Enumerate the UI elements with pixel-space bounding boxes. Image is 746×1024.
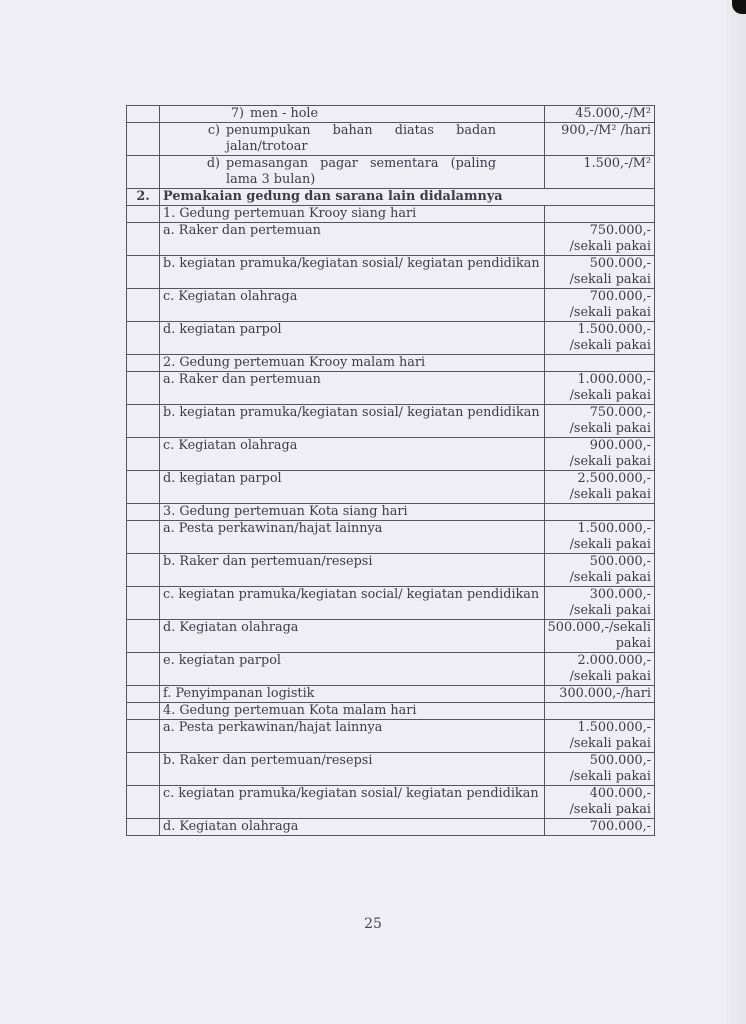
item-description: d. Kegiatan olahraga [160, 819, 545, 836]
price-unit: /sekali pakai [548, 736, 651, 752]
section-row: 2.Pemakaian gedung dan sarana lain didal… [127, 189, 655, 206]
table-row: d. kegiatan parpol1.500.000,-/sekali pak… [127, 322, 655, 355]
row-number-cell [127, 372, 160, 405]
row-number-cell [127, 504, 160, 521]
item-price: 750.000,-/sekali pakai [544, 405, 654, 438]
item-description: c. kegiatan pramuka/kegiatan social/ keg… [160, 587, 545, 620]
table-row: c)penumpukan bahan diatas badan jalan/tr… [127, 123, 655, 156]
table-row: a. Raker dan pertemuan750.000,-/sekali p… [127, 223, 655, 256]
price-unit: /sekali pakai [548, 338, 651, 354]
item-price: 700.000,-/sekali pakai [544, 289, 654, 322]
row-number-cell [127, 720, 160, 753]
item-price: 2.500.000,-/sekali pakai [544, 471, 654, 504]
item-text: b. kegiatan pramuka/kegiatan sosial/ keg… [163, 405, 541, 421]
row-value: 45.000,-/M² [544, 106, 654, 123]
item-text: b. Raker dan pertemuan/resepsi [163, 554, 541, 570]
price-unit: pakai [548, 636, 651, 652]
price-amount: 750.000,- [548, 223, 651, 239]
row-number-cell [127, 554, 160, 587]
item-description: d. kegiatan parpol [160, 322, 545, 355]
price-amount: 750.000,- [548, 405, 651, 421]
price-unit: /sekali pakai [548, 305, 651, 321]
table-row: d. Kegiatan olahraga700.000,- [127, 819, 655, 836]
item-price: 1.500.000,-/sekali pakai [544, 720, 654, 753]
item-price: 900.000,-/sekali pakai [544, 438, 654, 471]
row-number-cell [127, 206, 160, 223]
price-unit: /sekali pakai [548, 272, 651, 288]
item-description: b. Raker dan pertemuan/resepsi [160, 554, 545, 587]
item-price: 1.000.000,-/sekali pakai [544, 372, 654, 405]
price-amount: 500.000,- [548, 256, 651, 272]
table-row: d. kegiatan parpol2.500.000,-/sekali pak… [127, 471, 655, 504]
row-description: c)penumpukan bahan diatas badan jalan/tr… [160, 123, 545, 156]
price-unit: /sekali pakai [548, 603, 651, 619]
table-row: b. kegiatan pramuka/kegiatan sosial/ keg… [127, 405, 655, 438]
row-number-cell [127, 686, 160, 703]
group-value-empty [544, 504, 654, 521]
table-row: 7)men - hole45.000,-/M² [127, 106, 655, 123]
table-row: f. Penyimpanan logistik300.000,-/hari [127, 686, 655, 703]
row-number-cell [127, 753, 160, 786]
price-unit: /sekali pakai [548, 239, 651, 255]
table-row: b. Raker dan pertemuan/resepsi500.000,-/… [127, 753, 655, 786]
price-unit: /sekali pakai [548, 537, 651, 553]
row-label: d) [196, 156, 220, 172]
row-number-cell [127, 620, 160, 653]
price-unit: /sekali pakai [548, 421, 651, 437]
row-number-cell [127, 819, 160, 836]
item-text: c. kegiatan pramuka/kegiatan social/ keg… [163, 587, 541, 603]
group-value-empty [544, 206, 654, 223]
table-row: c. kegiatan pramuka/kegiatan sosial/ keg… [127, 786, 655, 819]
price-unit: /sekali pakai [548, 388, 651, 404]
row-number-cell [127, 405, 160, 438]
item-text: f. Penyimpanan logistik [163, 686, 541, 702]
value-text: 900,-/M² /hari [561, 123, 651, 138]
price-amount: 700.000,- [548, 819, 651, 835]
price-amount: 2.000.000,- [548, 653, 651, 669]
price-amount: 700.000,- [548, 289, 651, 305]
item-price: 500.000,-/sekali pakai [544, 256, 654, 289]
item-price: 400.000,-/sekali pakai [544, 786, 654, 819]
item-text: a. Pesta perkawinan/hajat lainnya [163, 720, 541, 736]
page-number: 25 [0, 916, 746, 932]
item-text: d. Kegiatan olahraga [163, 620, 541, 636]
item-description: d. kegiatan parpol [160, 471, 545, 504]
row-number-cell [127, 156, 160, 189]
row-description: d)pemasangan pagar sementara (paling lam… [160, 156, 545, 189]
row-number-cell [127, 322, 160, 355]
fee-table-body: 7)men - hole45.000,-/M²c)penumpukan baha… [127, 106, 655, 836]
item-text: a. Pesta perkawinan/hajat lainnya [163, 521, 541, 537]
price-amount: 900.000,- [548, 438, 651, 454]
value-text: 1.500,-/M² [583, 156, 651, 171]
price-amount: 1.500.000,- [548, 521, 651, 537]
item-text: c. kegiatan pramuka/kegiatan sosial/ keg… [163, 786, 541, 802]
row-number-cell [127, 587, 160, 620]
item-text: a. Raker dan pertemuan [163, 372, 541, 388]
table-row: a. Pesta perkawinan/hajat lainnya1.500.0… [127, 720, 655, 753]
item-description: c. Kegiatan olahraga [160, 438, 545, 471]
item-description: a. Raker dan pertemuan [160, 223, 545, 256]
table-row: a. Pesta perkawinan/hajat lainnya1.500.0… [127, 521, 655, 554]
item-text: b. kegiatan pramuka/kegiatan sosial/ keg… [163, 256, 541, 272]
row-number-cell [127, 653, 160, 686]
item-text: b. Raker dan pertemuan/resepsi [163, 753, 541, 769]
item-description: a. Raker dan pertemuan [160, 372, 545, 405]
group-header-row: 2. Gedung pertemuan Krooy malam hari [127, 355, 655, 372]
group-value-empty [544, 703, 654, 720]
item-description: b. kegiatan pramuka/kegiatan sosial/ keg… [160, 405, 545, 438]
price-amount: 500.000,- [548, 753, 651, 769]
item-text: d. Kegiatan olahraga [163, 819, 541, 835]
item-description: b. kegiatan pramuka/kegiatan sosial/ keg… [160, 256, 545, 289]
table-row: b. kegiatan pramuka/kegiatan sosial/ keg… [127, 256, 655, 289]
price-unit: /sekali pakai [548, 570, 651, 586]
row-number-cell [127, 223, 160, 256]
value-text: 45.000,-/M² [575, 106, 651, 121]
item-text: d. kegiatan parpol [163, 322, 541, 338]
item-description: d. Kegiatan olahraga [160, 620, 545, 653]
group-title: 3. Gedung pertemuan Kota siang hari [160, 504, 545, 521]
price-amount: 2.500.000,- [548, 471, 651, 487]
item-text: a. Raker dan pertemuan [163, 223, 541, 239]
group-header-row: 4. Gedung pertemuan Kota malam hari [127, 703, 655, 720]
group-header-row: 3. Gedung pertemuan Kota siang hari [127, 504, 655, 521]
price-amount: 1.500.000,- [548, 720, 651, 736]
price-amount: 300.000,-/hari [548, 686, 651, 702]
row-number-cell [127, 355, 160, 372]
item-price: 300.000,-/sekali pakai [544, 587, 654, 620]
table-row: a. Raker dan pertemuan1.000.000,-/sekali… [127, 372, 655, 405]
table-row: e. kegiatan parpol2.000.000,-/sekali pak… [127, 653, 655, 686]
price-unit: /sekali pakai [548, 669, 651, 685]
item-price: 700.000,- [544, 819, 654, 836]
item-text: c. Kegiatan olahraga [163, 438, 541, 454]
price-amount: 500.000,-/sekali [548, 620, 651, 636]
table-row: c. Kegiatan olahraga700.000,-/sekali pak… [127, 289, 655, 322]
price-amount: 500.000,- [548, 554, 651, 570]
group-title: 4. Gedung pertemuan Kota malam hari [160, 703, 545, 720]
item-price: 500.000,-/sekalipakai [544, 620, 654, 653]
row-number-cell [127, 471, 160, 504]
group-title: 1. Gedung pertemuan Krooy siang hari [160, 206, 545, 223]
price-amount: 1.000.000,- [548, 372, 651, 388]
fee-table: 7)men - hole45.000,-/M²c)penumpukan baha… [126, 105, 655, 836]
row-value: 900,-/M² /hari [544, 123, 654, 156]
item-price: 500.000,-/sekali pakai [544, 554, 654, 587]
item-description: c. kegiatan pramuka/kegiatan sosial/ keg… [160, 786, 545, 819]
item-price: 300.000,-/hari [544, 686, 654, 703]
row-label: 7) [230, 106, 244, 122]
group-title: 2. Gedung pertemuan Krooy malam hari [160, 355, 545, 372]
row-number-cell [127, 256, 160, 289]
row-text: penumpukan bahan diatas badan jalan/trot… [226, 123, 496, 155]
row-number-cell [127, 703, 160, 720]
group-value-empty [544, 355, 654, 372]
item-description: a. Pesta perkawinan/hajat lainnya [160, 521, 545, 554]
item-price: 1.500.000,-/sekali pakai [544, 521, 654, 554]
item-description: f. Penyimpanan logistik [160, 686, 545, 703]
table-row: b. Raker dan pertemuan/resepsi500.000,-/… [127, 554, 655, 587]
item-description: c. Kegiatan olahraga [160, 289, 545, 322]
row-number-cell [127, 106, 160, 123]
table-row: d)pemasangan pagar sementara (paling lam… [127, 156, 655, 189]
row-number-cell [127, 438, 160, 471]
table-row: d. Kegiatan olahraga500.000,-/sekalipaka… [127, 620, 655, 653]
group-header-row: 1. Gedung pertemuan Krooy siang hari [127, 206, 655, 223]
row-label: c) [196, 123, 220, 139]
price-unit: /sekali pakai [548, 769, 651, 785]
row-number-cell [127, 786, 160, 819]
row-value: 1.500,-/M² [544, 156, 654, 189]
section-title: Pemakaian gedung dan sarana lain didalam… [160, 189, 655, 206]
row-number-cell [127, 289, 160, 322]
price-amount: 400.000,- [548, 786, 651, 802]
table-row: c. Kegiatan olahraga900.000,-/sekali pak… [127, 438, 655, 471]
price-amount: 1.500.000,- [548, 322, 651, 338]
item-price: 2.000.000,-/sekali pakai [544, 653, 654, 686]
item-text: c. Kegiatan olahraga [163, 289, 541, 305]
item-description: b. Raker dan pertemuan/resepsi [160, 753, 545, 786]
row-text: men - hole [250, 106, 450, 122]
item-description: a. Pesta perkawinan/hajat lainnya [160, 720, 545, 753]
price-unit: /sekali pakai [548, 454, 651, 470]
row-number-cell [127, 123, 160, 156]
price-unit: /sekali pakai [548, 802, 651, 818]
table-row: c. kegiatan pramuka/kegiatan social/ keg… [127, 587, 655, 620]
price-amount: 300.000,- [548, 587, 651, 603]
row-text: pemasangan pagar sementara (paling lama … [226, 156, 496, 188]
item-text: e. kegiatan parpol [163, 653, 541, 669]
row-number-cell [127, 521, 160, 554]
item-price: 750.000,-/sekali pakai [544, 223, 654, 256]
item-price: 1.500.000,-/sekali pakai [544, 322, 654, 355]
item-text: d. kegiatan parpol [163, 471, 541, 487]
item-description: e. kegiatan parpol [160, 653, 545, 686]
section-number: 2. [127, 189, 160, 206]
row-description: 7)men - hole [160, 106, 545, 123]
item-price: 500.000,-/sekali pakai [544, 753, 654, 786]
price-unit: /sekali pakai [548, 487, 651, 503]
page-edge-shadow [726, 0, 746, 1024]
